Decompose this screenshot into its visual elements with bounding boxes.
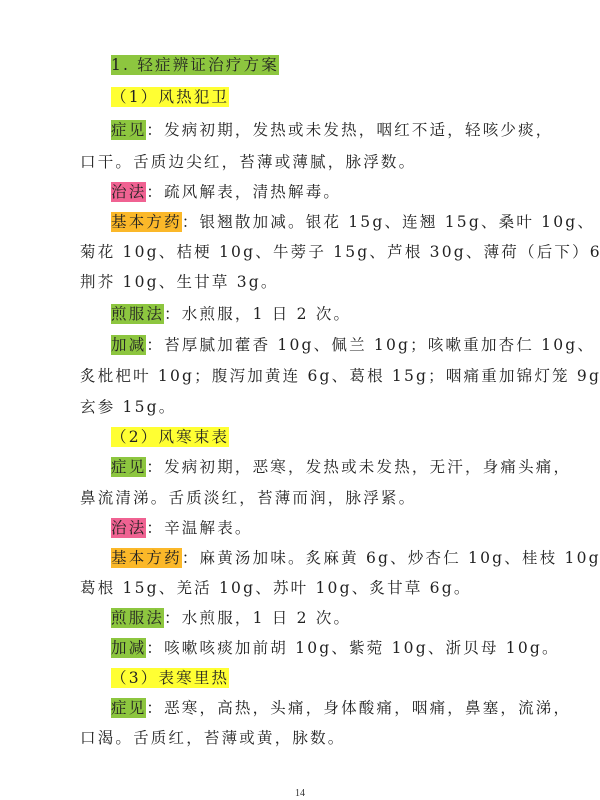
symptoms-continuation: 口干。舌质边尖红，苔薄或薄腻，脉浮数。	[80, 151, 525, 173]
formula-line: 基本方药：银翘散加减。银花 15g、连翘 15g、桑叶 10g、	[111, 211, 525, 233]
treatment-line: 治法：疏风解表，清热解毒。	[111, 181, 525, 203]
modification-line: 加减：咳嗽咳痰加前胡 10g、紫菀 10g、浙贝母 10g。	[111, 637, 525, 659]
formula-continuation: 菊花 10g、桔梗 10g、牛蒡子 15g、芦根 30g、薄荷（后下）6g、	[80, 241, 525, 263]
symptoms-label: 症见	[111, 698, 146, 718]
formula-label: 基本方药	[111, 548, 182, 568]
modification-label: 加减	[111, 638, 146, 658]
formula-continuation: 荆芥 10g、生甘草 3g。	[80, 271, 525, 293]
formula-continuation: 葛根 15g、羌活 10g、苏叶 10g、炙甘草 6g。	[80, 577, 525, 599]
symptoms-text: ：发病初期，发热或未发热，咽红不适，轻咳少痰，	[146, 121, 553, 139]
treatment-label: 治法	[111, 518, 146, 538]
symptoms-label: 症见	[111, 457, 146, 477]
subsection-3-title-line: （3）表寒里热	[111, 667, 525, 689]
modification-text: 玄参 15g。	[80, 398, 176, 416]
treatment-label: 治法	[111, 182, 146, 202]
modification-text: 炙枇杷叶 10g；腹泻加黄连 6g、葛根 15g；咽痛重加锦灯笼 9g、	[80, 367, 600, 385]
modification-line: 加减：苔厚腻加藿香 10g、佩兰 10g；咳嗽重加杏仁 10g、	[111, 334, 525, 356]
formula-text: ：银翘散加减。银花 15g、连翘 15g、桑叶 10g、	[182, 213, 595, 231]
decoction-line: 煎服法：水煎服，1 日 2 次。	[111, 303, 525, 325]
formula-label: 基本方药	[111, 212, 182, 232]
document-page: 1. 轻症辨证治疗方案 （1）风热犯卫 症见：发病初期，发热或未发热，咽红不适，…	[0, 0, 600, 800]
symptoms-continuation: 口渴。舌质红，苔薄或黄，脉数。	[80, 727, 525, 749]
symptoms-text: ：发病初期，恶寒，发热或未发热，无汗，身痛头痛，	[146, 458, 571, 476]
section-title-line: 1. 轻症辨证治疗方案	[111, 54, 525, 76]
symptoms-text: 口干。舌质边尖红，苔薄或薄腻，脉浮数。	[80, 153, 416, 171]
formula-text: 葛根 15g、羌活 10g、苏叶 10g、炙甘草 6g。	[80, 579, 472, 597]
subsection-1-title-line: （1）风热犯卫	[111, 86, 525, 108]
modification-text: ：咳嗽咳痰加前胡 10g、紫菀 10g、浙贝母 10g。	[146, 639, 559, 657]
treatment-line: 治法：辛温解表。	[111, 517, 525, 539]
modification-label: 加减	[111, 335, 146, 355]
decoction-label: 煎服法	[111, 608, 164, 628]
decoction-text: ：水煎服，1 日 2 次。	[164, 305, 351, 323]
decoction-line: 煎服法：水煎服，1 日 2 次。	[111, 607, 525, 629]
treatment-text: ：疏风解表，清热解毒。	[146, 183, 341, 201]
symptoms-line: 症见：发病初期，发热或未发热，咽红不适，轻咳少痰，	[111, 119, 525, 141]
symptoms-text: ：恶寒，高热，头痛，身体酸痛，咽痛，鼻塞，流涕，	[146, 699, 571, 717]
decoction-label: 煎服法	[111, 304, 164, 324]
symptoms-text: 鼻流清涕。舌质淡红，苔薄而润，脉浮紧。	[80, 489, 416, 507]
symptoms-label: 症见	[111, 120, 146, 140]
page-number: 14	[0, 788, 600, 799]
formula-line: 基本方药：麻黄汤加味。炙麻黄 6g、炒杏仁 10g、桂枝 10g、	[111, 547, 525, 569]
subsection-title: （1）风热犯卫	[111, 87, 229, 107]
formula-text: ：麻黄汤加味。炙麻黄 6g、炒杏仁 10g、桂枝 10g、	[182, 549, 600, 567]
modification-text: ：苔厚腻加藿香 10g、佩兰 10g；咳嗽重加杏仁 10g、	[146, 336, 595, 354]
decoction-text: ：水煎服，1 日 2 次。	[164, 609, 351, 627]
subsection-2-title-line: （2）风寒束表	[111, 426, 525, 448]
symptoms-text: 口渴。舌质红，苔薄或黄，脉数。	[80, 729, 346, 747]
formula-text: 荆芥 10g、生甘草 3g。	[80, 273, 279, 291]
symptoms-continuation: 鼻流清涕。舌质淡红，苔薄而润，脉浮紧。	[80, 487, 525, 509]
formula-text: 菊花 10g、桔梗 10g、牛蒡子 15g、芦根 30g、薄荷（后下）6g、	[80, 243, 600, 261]
modification-continuation: 玄参 15g。	[80, 396, 525, 418]
subsection-title: （3）表寒里热	[111, 668, 229, 688]
symptoms-line: 症见：恶寒，高热，头痛，身体酸痛，咽痛，鼻塞，流涕，	[111, 697, 525, 719]
symptoms-line: 症见：发病初期，恶寒，发热或未发热，无汗，身痛头痛，	[111, 456, 525, 478]
treatment-text: ：辛温解表。	[146, 519, 252, 537]
subsection-title: （2）风寒束表	[111, 427, 229, 447]
section-title: 1. 轻症辨证治疗方案	[111, 55, 279, 75]
modification-continuation: 炙枇杷叶 10g；腹泻加黄连 6g、葛根 15g；咽痛重加锦灯笼 9g、	[80, 365, 525, 387]
